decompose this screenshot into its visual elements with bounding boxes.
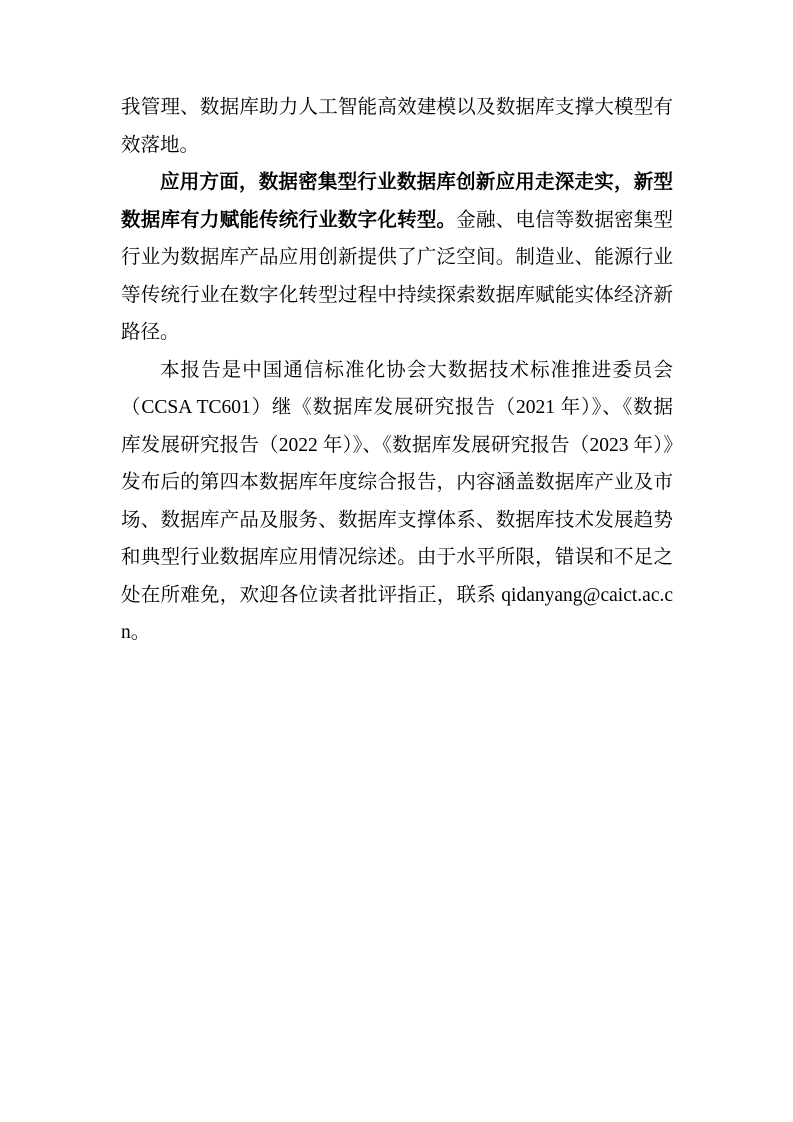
paragraph-application: 应用方面，数据密集型行业数据库创新应用走深走实，新型数据库有力赋能传统行业数字化…	[121, 164, 673, 352]
paragraph-continuation: 我管理、数据库助力人工智能高效建模以及数据库支撑大模型有效落地。	[121, 89, 673, 164]
paragraph-report-intro-text: 本报告是中国通信标准化协会大数据技术标准推进委员会（CCSA TC601）继《数…	[121, 360, 673, 606]
paragraph-continuation-text: 我管理、数据库助力人工智能高效建模以及数据库支撑大模型有效落地。	[121, 97, 673, 156]
document-page: 我管理、数据库助力人工智能高效建模以及数据库支撑大模型有效落地。 应用方面，数据…	[0, 0, 793, 1122]
paragraph-report-intro: 本报告是中国通信标准化协会大数据技术标准推进委员会（CCSA TC601）继《数…	[121, 352, 673, 652]
paragraph-report-intro-closing: 。	[131, 622, 151, 643]
text-block: 我管理、数据库助力人工智能高效建模以及数据库支撑大模型有效落地。 应用方面，数据…	[121, 89, 673, 652]
